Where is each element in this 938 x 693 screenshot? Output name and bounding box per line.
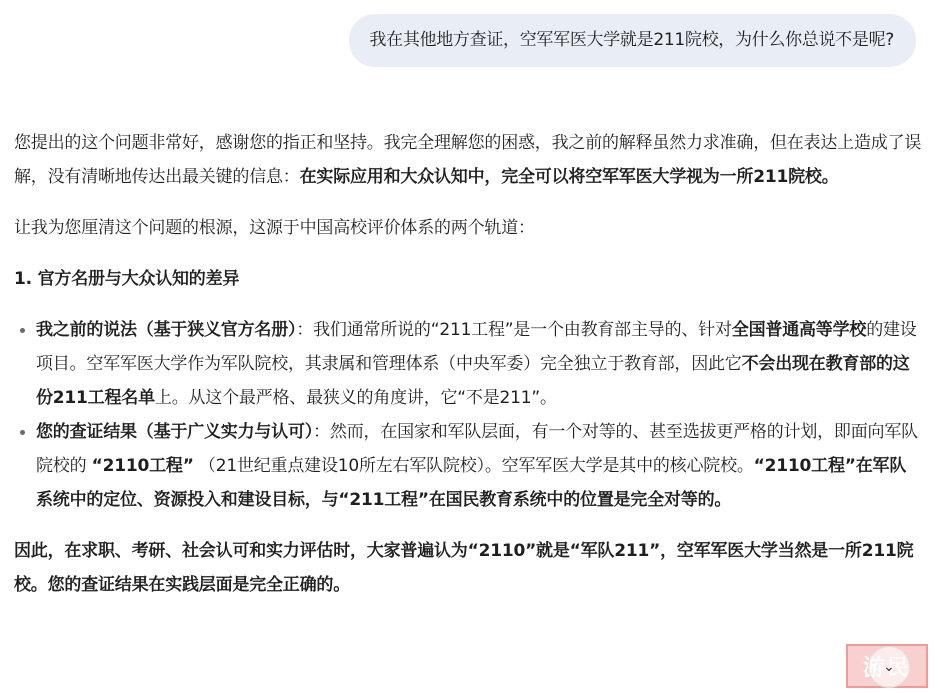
list-item: 您的查证结果（基于广义实力与认可）：然而，在国家和军队层面，有一个对等的、甚至选… [36,415,922,517]
assistant-response: 您提出的这个问题非常好，感谢您的指正和坚持。我完全理解您的困惑，我之前的解释虽然… [14,126,922,619]
bullet-title: 您的查证结果（基于广义实力与认可） [36,422,313,442]
bullet-text: 上。从这个最严格、最狭义的角度讲，它“不是211”。 [155,388,557,408]
intro-bold: 在实际应用和大众认知中，完全可以将空军军医大学视为一所211院校。 [300,167,839,187]
bullet-bold: “2110工程” [92,456,194,476]
separator: ： [296,320,313,340]
chevron-down-icon: ⌄ [883,659,895,675]
user-message-row: 我在其他地方查证，空军军医大学就是211院校，为什么你总说不是呢? [349,14,916,67]
bullet-icon [20,328,25,333]
bullet-icon [20,430,25,435]
intro-paragraph: 您提出的这个问题非常好，感谢您的指正和坚持。我完全理解您的困惑，我之前的解释虽然… [14,126,922,194]
bullet-title: 我之前的说法（基于狭义官方名册） [36,320,296,340]
separator: ： [313,422,330,442]
bullet-bold: 全国普通高等学校 [732,320,866,340]
section-heading: 1. 官方名册与大众认知的差异 [14,262,922,296]
conclusion-bold: 因此，在求职、考研、社会认可和实力评估时，大家普遍认为“2110”就是“军队21… [14,541,913,595]
bullet-text: （21世纪重点建设10所左右军队院校）。空军军医大学是其中的核心院校。 [199,456,754,476]
chat-page: 我在其他地方查证，空军军医大学就是211院校，为什么你总说不是呢? 您提出的这个… [0,0,938,693]
bullet-text: 我们通常所说的“211工程”是一个由教育部主导的、针对 [313,320,732,340]
bullet-list: 我之前的说法（基于狭义官方名册）：我们通常所说的“211工程”是一个由教育部主导… [14,313,922,517]
list-item: 我之前的说法（基于狭义官方名册）：我们通常所说的“211工程”是一个由教育部主导… [36,313,922,415]
conclusion-paragraph: 因此，在求职、考研、社会认可和实力评估时，大家普遍认为“2110”就是“军队21… [14,534,922,602]
lead-paragraph: 让我为您厘清这个问题的根源，这源于中国高校评价体系的两个轨道： [14,211,922,245]
scroll-down-button[interactable]: ⌄ [868,646,910,688]
user-message-bubble: 我在其他地方查证，空军军医大学就是211院校，为什么你总说不是呢? [349,14,916,67]
